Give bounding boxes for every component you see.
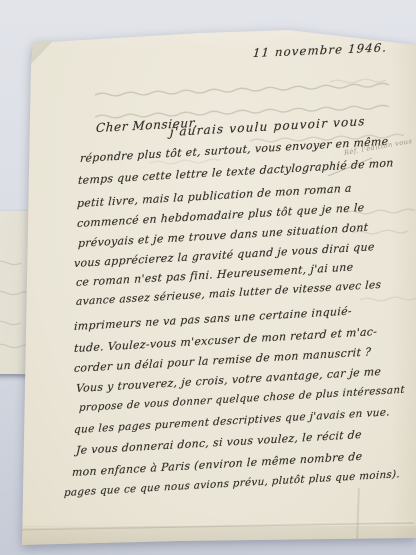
letter-sheet-wrap: 11 novembre 1946. Cher Monsieur, j'aurai… (0, 0, 416, 555)
photograph-of-handwritten-letter: 11 novembre 1946. Cher Monsieur, j'aurai… (0, 0, 416, 555)
letter-sheet: 11 novembre 1946. Cher Monsieur, j'aurai… (0, 0, 416, 555)
letter-date: 11 novembre 1946. (252, 40, 387, 60)
handwriting-line: j'aurais voulu pouvoir vous (170, 114, 366, 139)
